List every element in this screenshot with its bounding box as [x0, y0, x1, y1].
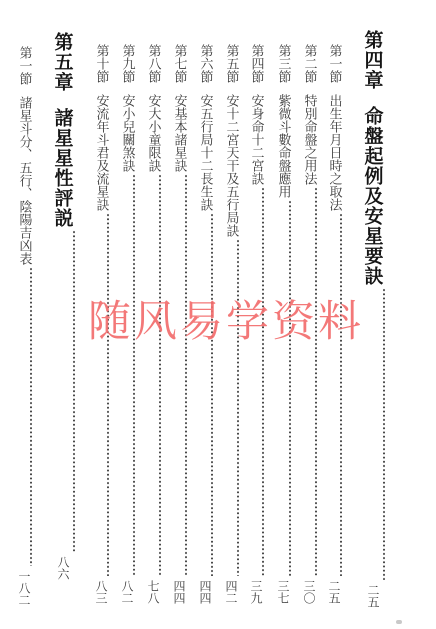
section-label: 第八節 — [144, 44, 163, 83]
chapter-label: 第四章 — [360, 30, 387, 90]
dot-leader — [145, 174, 161, 576]
dot-leader — [197, 213, 213, 576]
page-footer-mark — [396, 620, 402, 624]
page-number: 二五 — [328, 580, 340, 604]
dot-leader — [275, 200, 291, 576]
dot-leader — [93, 213, 109, 576]
section-title: 安十二宮天干及五行局訣 — [222, 94, 241, 237]
section-title: 安小兒關煞訣 — [118, 94, 137, 172]
page-number: 八三 — [95, 580, 107, 604]
watermark-text: 随风易学资料 — [88, 288, 364, 349]
dot-leader — [248, 187, 264, 576]
page-number: 七八 — [147, 580, 159, 604]
section-label: 第一節 — [325, 44, 344, 83]
section-title: 安流年斗君及流星訣 — [92, 94, 111, 211]
page-number: 一八二 — [18, 570, 30, 606]
dot-leader — [301, 187, 317, 576]
dot-leader — [119, 174, 135, 576]
dot-leader — [361, 288, 385, 580]
section-label: 第三節 — [274, 44, 293, 83]
toc-page: 第四章 命盤起例及安星要訣 二五 第一節 出生年月日時之取法 二五 第二節 特別… — [0, 0, 436, 629]
dot-leader — [16, 267, 32, 566]
chapter-title: 諸星星性評説 — [50, 108, 77, 228]
page-number: 三〇 — [303, 580, 315, 604]
dot-leader — [171, 174, 187, 576]
section-title: 安基本諸星訣 — [170, 94, 189, 172]
section-title: 安大小童限訣 — [144, 94, 163, 172]
page-number: 三九 — [250, 580, 262, 604]
section-label: 第一節 — [15, 46, 34, 85]
page-number: 四四 — [199, 580, 211, 604]
page-number: 八六 — [57, 556, 69, 580]
page-number: 三七 — [277, 580, 289, 604]
section-label: 第四節 — [247, 44, 266, 83]
section-title: 安身命十二宮訣 — [247, 94, 266, 185]
section-label: 第二節 — [300, 44, 319, 83]
section-label: 第九節 — [118, 44, 137, 83]
section-title: 出生年月日時之取法 — [325, 94, 344, 211]
dot-leader — [326, 213, 342, 576]
chapter-4-entry[interactable]: 第四章 命盤起例及安星要訣 二五 — [361, 30, 385, 608]
chapter-5-entry[interactable]: 第五章 諸星星性評説 八六 — [51, 32, 75, 580]
section-title: 紫微斗數命盤應用 — [274, 94, 293, 198]
page-number: 八二 — [121, 580, 133, 604]
chapter-label: 第五章 — [50, 32, 77, 92]
page-number: 二五 — [367, 584, 379, 608]
section-label: 第十節 — [92, 44, 111, 83]
page-number: 四二 — [225, 580, 237, 604]
section-title: 諸星斗分、五行、陰陽吉凶表 — [15, 96, 34, 265]
section-label: 第七節 — [170, 44, 189, 83]
section-title: 特別命盤之用法 — [300, 94, 319, 185]
section-title: 安五行局十二長生訣 — [196, 94, 215, 211]
section-label: 第五節 — [222, 44, 241, 83]
page-number: 四四 — [173, 580, 185, 604]
dot-leader — [51, 230, 75, 552]
section-entry[interactable]: 第一節 諸星斗分、五行、陰陽吉凶表 一八二 — [16, 46, 32, 606]
section-label: 第六節 — [196, 44, 215, 83]
chapter-title: 命盤起例及安星要訣 — [360, 106, 387, 286]
